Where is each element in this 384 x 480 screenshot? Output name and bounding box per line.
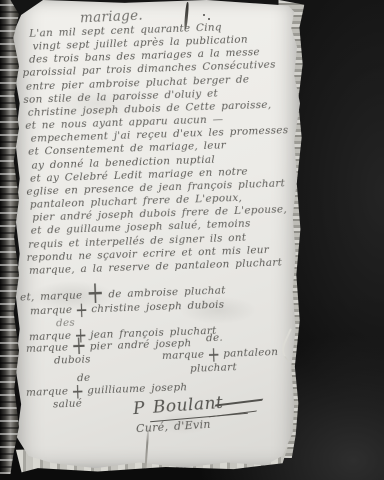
mark-label: des	[56, 317, 75, 330]
witness-mark: pluchart	[190, 361, 237, 375]
witness-mark: dubois	[54, 353, 91, 366]
mark-name: pantaleon	[223, 346, 278, 360]
mark-label: marque	[26, 385, 69, 398]
entry-body: L'an mil sept cent quarante Cinq vingt s…	[21, 19, 304, 278]
witness-mark: salué	[53, 397, 83, 410]
cross-mark-icon: +	[86, 287, 104, 299]
binding-torn-edge	[0, 0, 19, 474]
mark-label: et, marque	[20, 289, 83, 303]
mark-label: dubois	[54, 353, 91, 366]
cross-mark-icon: +	[75, 304, 88, 316]
witness-mark: des	[56, 317, 75, 330]
mark-label: marque	[30, 304, 73, 317]
mark-label: pluchart	[190, 361, 237, 375]
ink-dot	[203, 14, 205, 16]
scanned-register-photo: mariage. L'an mil sept cent quarante Cin…	[0, 0, 384, 480]
cross-mark-icon: +	[207, 348, 220, 360]
cross-mark-icon: +	[71, 341, 87, 353]
ink-dot	[208, 18, 210, 20]
mark-label: marque	[26, 341, 69, 354]
mark-label: marque	[162, 349, 205, 362]
mark-label: salué	[53, 397, 83, 410]
cross-mark-icon: +	[71, 385, 84, 397]
